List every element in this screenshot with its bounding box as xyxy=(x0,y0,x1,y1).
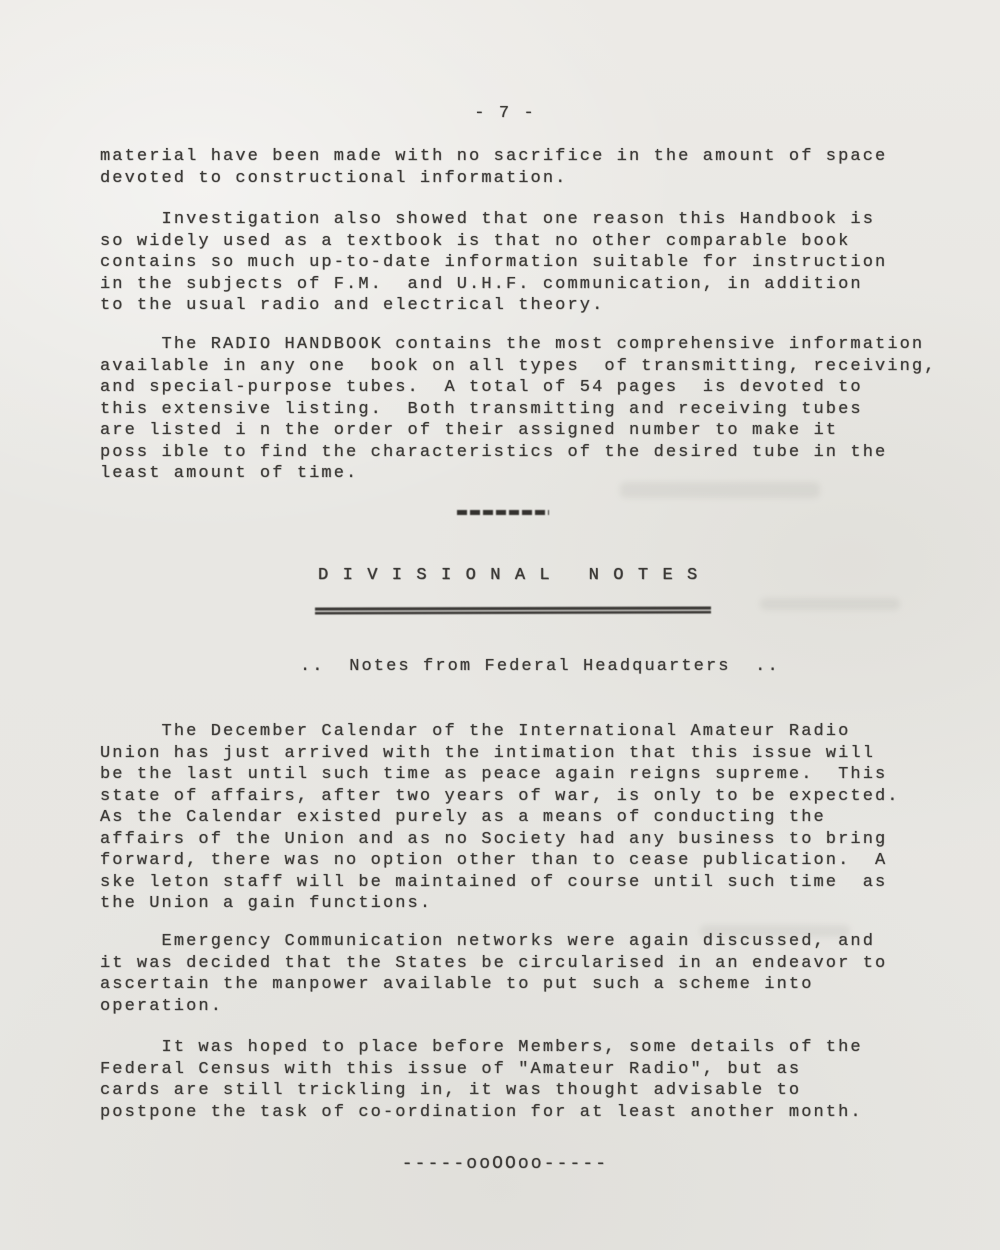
page-number: - 7 - xyxy=(5,103,1000,125)
scan-showthrough-smudge xyxy=(760,598,900,610)
paragraph-investigation: Investigation also showed that one reaso… xyxy=(100,209,980,317)
paragraph-december-calendar: The December Calendar of the Internation… xyxy=(100,721,980,915)
paragraph-emergency-communication: Emergency Communication networks were ag… xyxy=(100,931,980,1017)
scan-showthrough-smudge xyxy=(620,482,820,498)
section-heading-divisional-notes: D I V I S I O N A L N O T E S xyxy=(318,565,699,587)
heading-underline-rule xyxy=(315,606,711,615)
paragraph-radio-handbook: The RADIO HANDBOOK contains the most com… xyxy=(100,334,980,485)
subheading-federal-headquarters: .. Notes from Federal Headquarters .. xyxy=(300,656,780,678)
paragraph-continuation: material have been made with no sacrific… xyxy=(100,146,980,189)
scan-showthrough-smudge xyxy=(700,925,850,937)
dashed-section-separator xyxy=(457,510,549,515)
footer-ornament: -----ooOOoo----- xyxy=(5,1154,1000,1176)
scanned-document-page: - 7 - material have been made with no sa… xyxy=(0,0,1000,1250)
paragraph-federal-census: It was hoped to place before Members, so… xyxy=(100,1037,980,1123)
